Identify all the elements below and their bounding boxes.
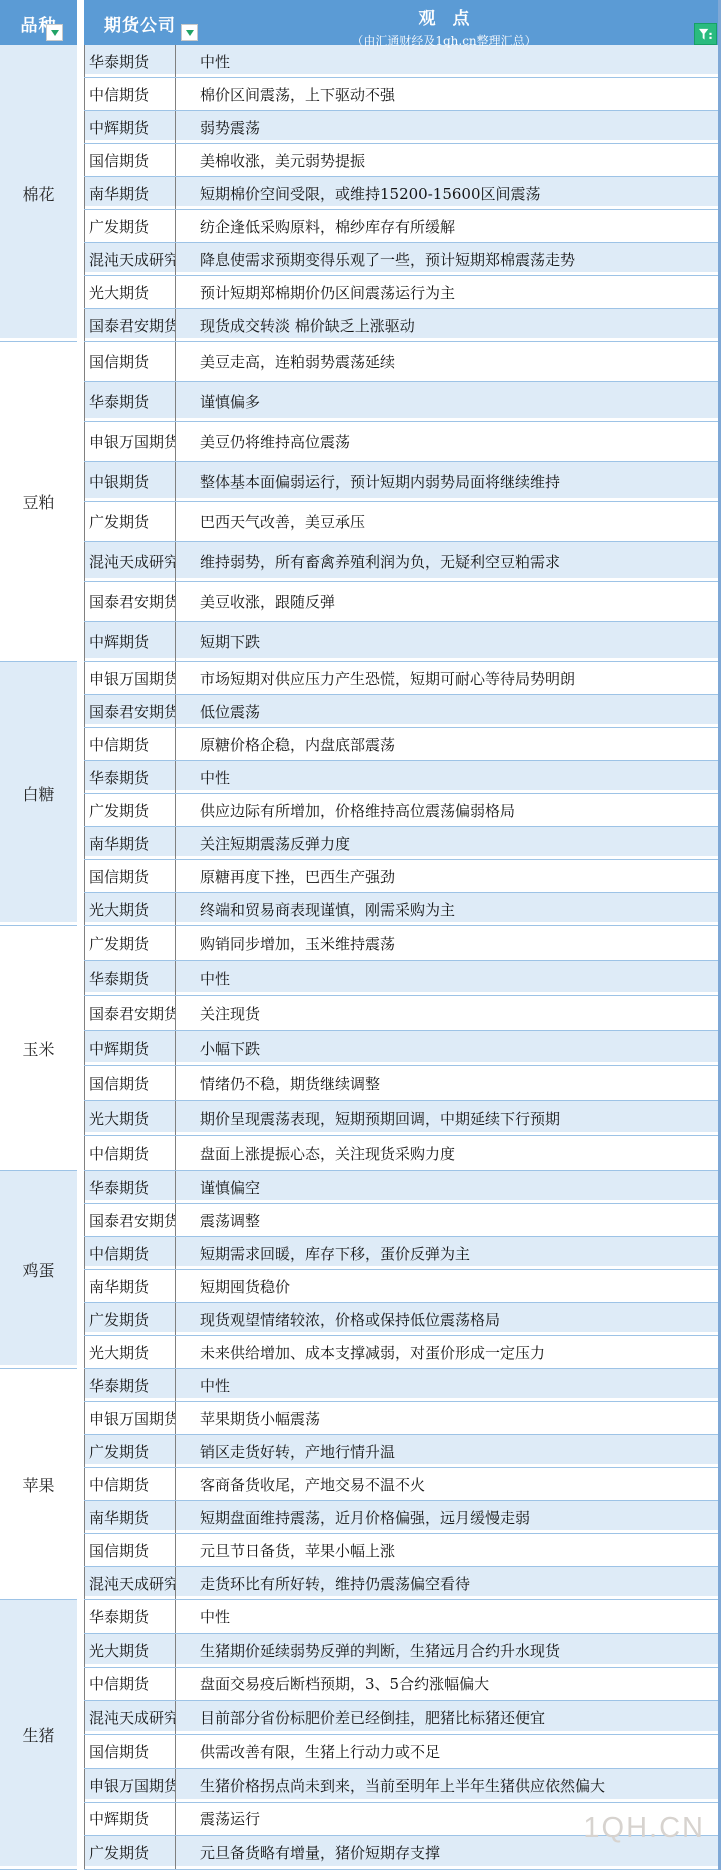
- commodity-cell[interactable]: 豆粕: [0, 342, 77, 662]
- futures-opinion-table: 品种 期货公司 观 点 （由汇通财经及1qh.cn整理汇总） 棉花 华泰期货 中…: [0, 0, 721, 1870]
- opinion-cell[interactable]: 盘面交易疫后断档预期，3、5合约涨幅偏大: [175, 1668, 718, 1701]
- opinion-cell[interactable]: 短期需求回暖，库存下移，蛋价反弹为主: [175, 1237, 718, 1269]
- opinion-title: 观 点: [210, 4, 678, 29]
- table-row: 国信期货 供需改善有限，生猪上行动力或不足: [84, 1735, 718, 1769]
- company-cell[interactable]: 申银万国期货: [84, 1402, 175, 1434]
- table-body: 棉花 华泰期货 中性 中信期货 棉价区间震荡，上下驱动不强 中辉期货 弱势震荡 …: [0, 45, 718, 1870]
- opinion-cell[interactable]: 巴西天气改善，美豆承压: [175, 502, 718, 541]
- company-cell[interactable]: 广发期货: [84, 502, 175, 541]
- company-cell[interactable]: 南华期货: [84, 827, 175, 859]
- company-cell[interactable]: 广发期货: [84, 1303, 175, 1335]
- company-cell[interactable]: 中信期货: [84, 1468, 175, 1500]
- table-row: 南华期货 关注短期震荡反弹力度: [84, 827, 718, 860]
- table-row: 广发期货 现货观望情绪较浓，价格或保持低位震荡格局: [84, 1303, 718, 1336]
- table-row: 国泰君安期货 震荡调整: [84, 1204, 718, 1237]
- table-row: 广发期货 纺企逢低采购原料，棉纱库存有所缓解: [84, 210, 718, 243]
- opinion-cell[interactable]: 预计短期郑棉期价仍区间震荡运行为主: [175, 276, 718, 308]
- company-cell[interactable]: 国信期货: [84, 1534, 175, 1566]
- table-row: 广发期货 供应边际有所增加，价格维持高位震荡偏弱格局: [84, 794, 718, 827]
- company-cell[interactable]: 光大期货: [84, 1634, 175, 1667]
- table-row: 中辉期货 弱势震荡: [84, 111, 718, 144]
- table-row: 国信期货 美豆走高，连粕弱势震荡延续: [84, 342, 718, 382]
- variety-filter-dropdown[interactable]: [46, 24, 63, 41]
- company-cell[interactable]: 申银万国期货: [84, 1769, 175, 1802]
- opinion-cell[interactable]: 中性: [175, 961, 718, 995]
- opinion-cell[interactable]: 生猪期价延续弱势反弹的判断，生猪远月合约升水现货: [175, 1634, 718, 1667]
- company-cell[interactable]: 混沌天成研究: [84, 243, 175, 275]
- opinion-cell[interactable]: 购销同步增加，玉米维持震荡: [175, 926, 718, 960]
- company-cell[interactable]: 国泰君安期货: [84, 996, 175, 1030]
- company-cell[interactable]: 华泰期货: [84, 1600, 175, 1633]
- commodity-cell[interactable]: 生猪: [0, 1600, 77, 1870]
- company-cell[interactable]: 申银万国期货: [84, 422, 175, 461]
- opinion-cell[interactable]: 谨慎偏空: [175, 1171, 718, 1203]
- table-row: 中辉期货 短期下跌: [84, 622, 718, 662]
- company-cell[interactable]: 中辉期货: [84, 1031, 175, 1065]
- company-cell[interactable]: 广发期货: [84, 794, 175, 826]
- company-cell[interactable]: 光大期货: [84, 276, 175, 308]
- opinion-cell[interactable]: 美豆走高，连粕弱势震荡延续: [175, 342, 718, 381]
- commodity-cell[interactable]: 棉花: [0, 45, 77, 342]
- commodity-label: 棉花: [22, 182, 54, 205]
- company-cell[interactable]: 广发期货: [84, 210, 175, 242]
- table-row: 中信期货 客商备货收尾，产地交易不温不火: [84, 1468, 718, 1501]
- company-cell[interactable]: 广发期货: [84, 1435, 175, 1467]
- column-gutter: [77, 1369, 84, 1600]
- opinion-cell[interactable]: 震荡运行: [175, 1803, 718, 1836]
- company-filter-dropdown[interactable]: [181, 24, 198, 41]
- opinion-cell[interactable]: 短期棉价空间受限，或维持15200-15600区间震荡: [175, 177, 718, 209]
- table-row: 国泰君安期货 关注现货: [84, 996, 718, 1031]
- opinion-cell[interactable]: 销区走货好转，产地行情升温: [175, 1435, 718, 1467]
- company-cell[interactable]: 华泰期货: [84, 382, 175, 421]
- section-rows: 华泰期货 中性 中信期货 棉价区间震荡，上下驱动不强 中辉期货 弱势震荡 国信期…: [84, 45, 718, 342]
- commodity-label: 苹果: [22, 1473, 54, 1496]
- commodity-section: 豆粕 国信期货 美豆走高，连粕弱势震荡延续 华泰期货 谨慎偏多 申银万国期货 美…: [0, 342, 718, 662]
- column-gutter: [77, 45, 84, 342]
- opinion-cell[interactable]: 谨慎偏多: [175, 382, 718, 421]
- company-cell[interactable]: 中信期货: [84, 1237, 175, 1269]
- header-column-gutter: [77, 0, 84, 45]
- opinion-cell[interactable]: 低位震荡: [175, 695, 718, 727]
- opinion-cell[interactable]: 元旦备货略有增量，猪价短期存支撑: [175, 1836, 718, 1869]
- table-row: 南华期货 短期囤货稳价: [84, 1270, 718, 1303]
- opinion-cell[interactable]: 震荡调整: [175, 1204, 718, 1236]
- opinion-cell[interactable]: 元旦节日备货，苹果小幅上涨: [175, 1534, 718, 1566]
- table-row: 华泰期货 中性: [84, 761, 718, 794]
- company-cell[interactable]: 南华期货: [84, 177, 175, 209]
- table-row: 国泰君安期货 现货成交转淡 棉价缺乏上涨驱动: [84, 309, 718, 342]
- company-cell[interactable]: 中银期货: [84, 462, 175, 501]
- section-rows: 华泰期货 谨慎偏空 国泰君安期货 震荡调整 中信期货 短期需求回暖，库存下移，蛋…: [84, 1171, 718, 1369]
- table-row: 混沌天成研究 降息使需求预期变得乐观了一些，预计短期郑棉震荡走势: [84, 243, 718, 276]
- opinion-cell[interactable]: 小幅下跌: [175, 1031, 718, 1065]
- table-row: 光大期货 未来供给增加、成本支撑减弱，对蛋价形成一定压力: [84, 1336, 718, 1369]
- opinion-cell[interactable]: 生猪价格拐点尚未到来，当前至明年上半年生猪供应依然偏大: [175, 1769, 718, 1802]
- opinion-cell[interactable]: 中性: [175, 761, 718, 793]
- company-cell[interactable]: 国泰君安期货: [84, 582, 175, 621]
- opinion-cell[interactable]: 棉价区间震荡，上下驱动不强: [175, 78, 718, 110]
- column-gutter: [77, 926, 84, 1171]
- table-row: 国信期货 原糖再度下挫，巴西生产强劲: [84, 860, 718, 893]
- company-cell[interactable]: 中信期货: [84, 728, 175, 760]
- opinion-cell[interactable]: 中性: [175, 45, 718, 77]
- company-cell[interactable]: 国信期货: [84, 1735, 175, 1768]
- opinion-cell[interactable]: 未来供给增加、成本支撑减弱，对蛋价形成一定压力: [175, 1336, 718, 1368]
- table-row: 南华期货 短期棉价空间受限，或维持15200-15600区间震荡: [84, 177, 718, 210]
- table-row: 中辉期货 小幅下跌: [84, 1031, 718, 1066]
- table-row: 华泰期货 中性: [84, 1369, 718, 1402]
- table-row: 光大期货 终端和贸易商表现谨慎，刚需采购为主: [84, 893, 718, 926]
- company-cell[interactable]: 混沌天成研究: [84, 542, 175, 581]
- table-row: 中信期货 短期需求回暖，库存下移，蛋价反弹为主: [84, 1237, 718, 1270]
- company-cell[interactable]: 申银万国期货: [84, 662, 175, 694]
- table-row: 中信期货 棉价区间震荡，上下驱动不强: [84, 78, 718, 111]
- opinion-cell[interactable]: 美豆收涨，跟随反弹: [175, 582, 718, 621]
- company-cell[interactable]: 国泰君安期货: [84, 1204, 175, 1236]
- variety-column-header: 品种: [0, 11, 77, 36]
- commodity-label: 白糖: [22, 782, 54, 805]
- table-row: 华泰期货 中性: [84, 961, 718, 996]
- company-cell[interactable]: 混沌天成研究: [84, 1567, 175, 1599]
- opinion-cell[interactable]: 客商备货收尾，产地交易不温不火: [175, 1468, 718, 1500]
- commodity-section: 玉米 广发期货 购销同步增加，玉米维持震荡 华泰期货 中性 国泰君安期货 关注现…: [0, 926, 718, 1171]
- company-cell[interactable]: 中信期货: [84, 1136, 175, 1170]
- commodity-section: 苹果 华泰期货 中性 申银万国期货 苹果期货小幅震荡 广发期货 销区走货好转，产…: [0, 1369, 718, 1600]
- table-row: 申银万国期货 市场短期对供应压力产生恐慌，短期可耐心等待局势明朗: [84, 662, 718, 695]
- section-rows: 华泰期货 中性 光大期货 生猪期价延续弱势反弹的判断，生猪远月合约升水现货 中信…: [84, 1600, 718, 1870]
- opinion-cell[interactable]: 整体基本面偏弱运行，预计短期内弱势局面将继续维持: [175, 462, 718, 501]
- opinion-cell[interactable]: 原糖再度下挫，巴西生产强劲: [175, 860, 718, 892]
- opinion-cell[interactable]: 关注现货: [175, 996, 718, 1030]
- opinion-cell[interactable]: 原糖价格企稳，内盘底部震荡: [175, 728, 718, 760]
- table-row: 申银万国期货 美豆仍将维持高位震荡: [84, 422, 718, 462]
- table-row: 国泰君安期货 低位震荡: [84, 695, 718, 728]
- table-row: 国信期货 情绪仍不稳，期货继续调整: [84, 1066, 718, 1101]
- opinion-cell[interactable]: 纺企逢低采购原料，棉纱库存有所缓解: [175, 210, 718, 242]
- table-row: 混沌天成研究 目前部分省份标肥价差已经倒挂，肥猪比标猪还便宜: [84, 1701, 718, 1735]
- company-cell[interactable]: 华泰期货: [84, 761, 175, 793]
- company-cell[interactable]: 华泰期货: [84, 1171, 175, 1203]
- commodity-section: 生猪 华泰期货 中性 光大期货 生猪期价延续弱势反弹的判断，生猪远月合约升水现货…: [0, 1600, 718, 1870]
- filter-button[interactable]: [694, 23, 717, 45]
- table-row: 中信期货 原糖价格企稳，内盘底部震荡: [84, 728, 718, 761]
- company-cell[interactable]: 华泰期货: [84, 45, 175, 77]
- commodity-cell[interactable]: 鸡蛋: [0, 1171, 77, 1369]
- table-row: 国信期货 元旦节日备货，苹果小幅上涨: [84, 1534, 718, 1567]
- company-cell[interactable]: 国信期货: [84, 1066, 175, 1100]
- opinion-cell[interactable]: 短期盘面维持震荡，近月价格偏强，远月缓慢走弱: [175, 1501, 718, 1533]
- column-gutter: [77, 662, 84, 926]
- opinion-cell[interactable]: 短期囤货稳价: [175, 1270, 718, 1302]
- commodity-label: 玉米: [22, 1037, 54, 1060]
- table-row: 广发期货 销区走货好转，产地行情升温: [84, 1435, 718, 1468]
- opinion-cell[interactable]: 关注短期震荡反弹力度: [175, 827, 718, 859]
- commodity-section: 鸡蛋 华泰期货 谨慎偏空 国泰君安期货 震荡调整 中信期货 短期需求回暖，库存下…: [0, 1171, 718, 1369]
- table-row: 中信期货 盘面上涨提振心态，关注现货采购力度: [84, 1136, 718, 1171]
- commodity-section: 白糖 申银万国期货 市场短期对供应压力产生恐慌，短期可耐心等待局势明朗 国泰君安…: [0, 662, 718, 926]
- company-cell[interactable]: 国信期货: [84, 144, 175, 176]
- company-cell[interactable]: 中辉期货: [84, 622, 175, 661]
- column-gutter: [77, 342, 84, 662]
- section-rows: 申银万国期货 市场短期对供应压力产生恐慌，短期可耐心等待局势明朗 国泰君安期货 …: [84, 662, 718, 926]
- table-row: 申银万国期货 苹果期货小幅震荡: [84, 1402, 718, 1435]
- company-cell[interactable]: 光大期货: [84, 1101, 175, 1135]
- table-row: 广发期货 元旦备货略有增量，猪价短期存支撑: [84, 1836, 718, 1870]
- company-cell[interactable]: 南华期货: [84, 1501, 175, 1533]
- company-cell[interactable]: 中辉期货: [84, 1803, 175, 1836]
- table-row: 华泰期货 谨慎偏多: [84, 382, 718, 422]
- opinion-cell[interactable]: 目前部分省份标肥价差已经倒挂，肥猪比标猪还便宜: [175, 1701, 718, 1734]
- chevron-down-icon: [51, 30, 59, 36]
- commodity-label: 生猪: [22, 1723, 54, 1746]
- column-gutter: [77, 1171, 84, 1369]
- opinion-cell[interactable]: 短期下跌: [175, 622, 718, 661]
- commodity-label: 鸡蛋: [22, 1258, 54, 1281]
- section-rows: 国信期货 美豆走高，连粕弱势震荡延续 华泰期货 谨慎偏多 申银万国期货 美豆仍将…: [84, 342, 718, 662]
- company-column-header: 期货公司: [104, 11, 176, 36]
- table-row: 混沌天成研究 走货环比有所好转，维持仍震荡偏空看待: [84, 1567, 718, 1600]
- commodity-cell[interactable]: 苹果: [0, 1369, 77, 1600]
- section-rows: 华泰期货 中性 申银万国期货 苹果期货小幅震荡 广发期货 销区走货好转，产地行情…: [84, 1369, 718, 1600]
- opinion-cell[interactable]: 供应边际有所增加，价格维持高位震荡偏弱格局: [175, 794, 718, 826]
- opinion-cell[interactable]: 期价呈现震荡表现，短期预期回调，中期延续下行预期: [175, 1101, 718, 1135]
- table-header: 品种 期货公司 观 点 （由汇通财经及1qh.cn整理汇总）: [0, 0, 718, 45]
- table-row: 中银期货 整体基本面偏弱运行，预计短期内弱势局面将继续维持: [84, 462, 718, 502]
- company-cell[interactable]: 广发期货: [84, 926, 175, 960]
- table-row: 光大期货 预计短期郑棉期价仍区间震荡运行为主: [84, 276, 718, 309]
- opinion-cell[interactable]: 市场短期对供应压力产生恐慌，短期可耐心等待局势明朗: [175, 662, 718, 694]
- table-row: 广发期货 巴西天气改善，美豆承压: [84, 502, 718, 542]
- opinion-cell[interactable]: 苹果期货小幅震荡: [175, 1402, 718, 1434]
- table-row: 广发期货 购销同步增加，玉米维持震荡: [84, 926, 718, 961]
- company-cell[interactable]: 中信期货: [84, 1668, 175, 1701]
- commodity-cell[interactable]: 白糖: [0, 662, 77, 926]
- commodity-section: 棉花 华泰期货 中性 中信期货 棉价区间震荡，上下驱动不强 中辉期货 弱势震荡 …: [0, 45, 718, 342]
- chevron-down-icon: [186, 30, 194, 36]
- company-cell[interactable]: 国泰君安期货: [84, 695, 175, 727]
- opinion-cell[interactable]: 盘面上涨提振心态，关注现货采购力度: [175, 1136, 718, 1170]
- opinion-cell[interactable]: 美棉收涨，美元弱势提振: [175, 144, 718, 176]
- opinion-cell[interactable]: 弱势震荡: [175, 111, 718, 143]
- table-row: 中辉期货 震荡运行: [84, 1803, 718, 1837]
- opinion-cell[interactable]: 美豆仍将维持高位震荡: [175, 422, 718, 461]
- opinion-cell[interactable]: 维持弱势，所有畜禽养殖利润为负，无疑利空豆粕需求: [175, 542, 718, 581]
- company-cell[interactable]: 中信期货: [84, 78, 175, 110]
- opinion-cell[interactable]: 降息使需求预期变得乐观了一些，预计短期郑棉震荡走势: [175, 243, 718, 275]
- company-cell[interactable]: 广发期货: [84, 1836, 175, 1869]
- company-cell[interactable]: 南华期货: [84, 1270, 175, 1302]
- opinion-cell[interactable]: 中性: [175, 1369, 718, 1401]
- opinion-cell[interactable]: 现货观望情绪较浓，价格或保持低位震荡格局: [175, 1303, 718, 1335]
- column-gutter: [77, 1600, 84, 1870]
- table-row: 华泰期货 中性: [84, 1600, 718, 1634]
- table-row: 混沌天成研究 维持弱势，所有畜禽养殖利润为负，无疑利空豆粕需求: [84, 542, 718, 582]
- commodity-label: 豆粕: [22, 490, 54, 513]
- company-cell[interactable]: 国泰君安期货: [84, 309, 175, 341]
- table-row: 光大期货 生猪期价延续弱势反弹的判断，生猪远月合约升水现货: [84, 1634, 718, 1668]
- opinion-subtitle: （由汇通财经及1qh.cn整理汇总）: [210, 32, 678, 49]
- table-row: 国信期货 美棉收涨，美元弱势提振: [84, 144, 718, 177]
- company-cell[interactable]: 国信期货: [84, 860, 175, 892]
- funnel-filter-icon: [698, 27, 713, 42]
- company-cell[interactable]: 混沌天成研究: [84, 1701, 175, 1734]
- section-rows: 广发期货 购销同步增加，玉米维持震荡 华泰期货 中性 国泰君安期货 关注现货 中…: [84, 926, 718, 1171]
- opinion-column-header: 观 点 （由汇通财经及1qh.cn整理汇总）: [210, 4, 678, 49]
- table-row: 光大期货 期价呈现震荡表现，短期预期回调，中期延续下行预期: [84, 1101, 718, 1136]
- commodity-cell[interactable]: 玉米: [0, 926, 77, 1171]
- table-row: 申银万国期货 生猪价格拐点尚未到来，当前至明年上半年生猪供应依然偏大: [84, 1769, 718, 1803]
- opinion-cell[interactable]: 供需改善有限，生猪上行动力或不足: [175, 1735, 718, 1768]
- opinion-cell[interactable]: 终端和贸易商表现谨慎，刚需采购为主: [175, 893, 718, 925]
- table-row: 中信期货 盘面交易疫后断档预期，3、5合约涨幅偏大: [84, 1668, 718, 1702]
- opinion-cell[interactable]: 中性: [175, 1600, 718, 1633]
- company-cell[interactable]: 光大期货: [84, 1336, 175, 1368]
- company-cell[interactable]: 华泰期货: [84, 961, 175, 995]
- company-cell[interactable]: 国信期货: [84, 342, 175, 381]
- company-cell[interactable]: 华泰期货: [84, 1369, 175, 1401]
- table-row: 华泰期货 谨慎偏空: [84, 1171, 718, 1204]
- table-row: 南华期货 短期盘面维持震荡，近月价格偏强，远月缓慢走弱: [84, 1501, 718, 1534]
- table-row: 华泰期货 中性: [84, 45, 718, 78]
- table-row: 国泰君安期货 美豆收涨，跟随反弹: [84, 582, 718, 622]
- company-cell[interactable]: 中辉期货: [84, 111, 175, 143]
- opinion-cell[interactable]: 现货成交转淡 棉价缺乏上涨驱动: [175, 309, 718, 341]
- company-cell[interactable]: 光大期货: [84, 893, 175, 925]
- opinion-cell[interactable]: 情绪仍不稳，期货继续调整: [175, 1066, 718, 1100]
- opinion-cell[interactable]: 走货环比有所好转，维持仍震荡偏空看待: [175, 1567, 718, 1599]
